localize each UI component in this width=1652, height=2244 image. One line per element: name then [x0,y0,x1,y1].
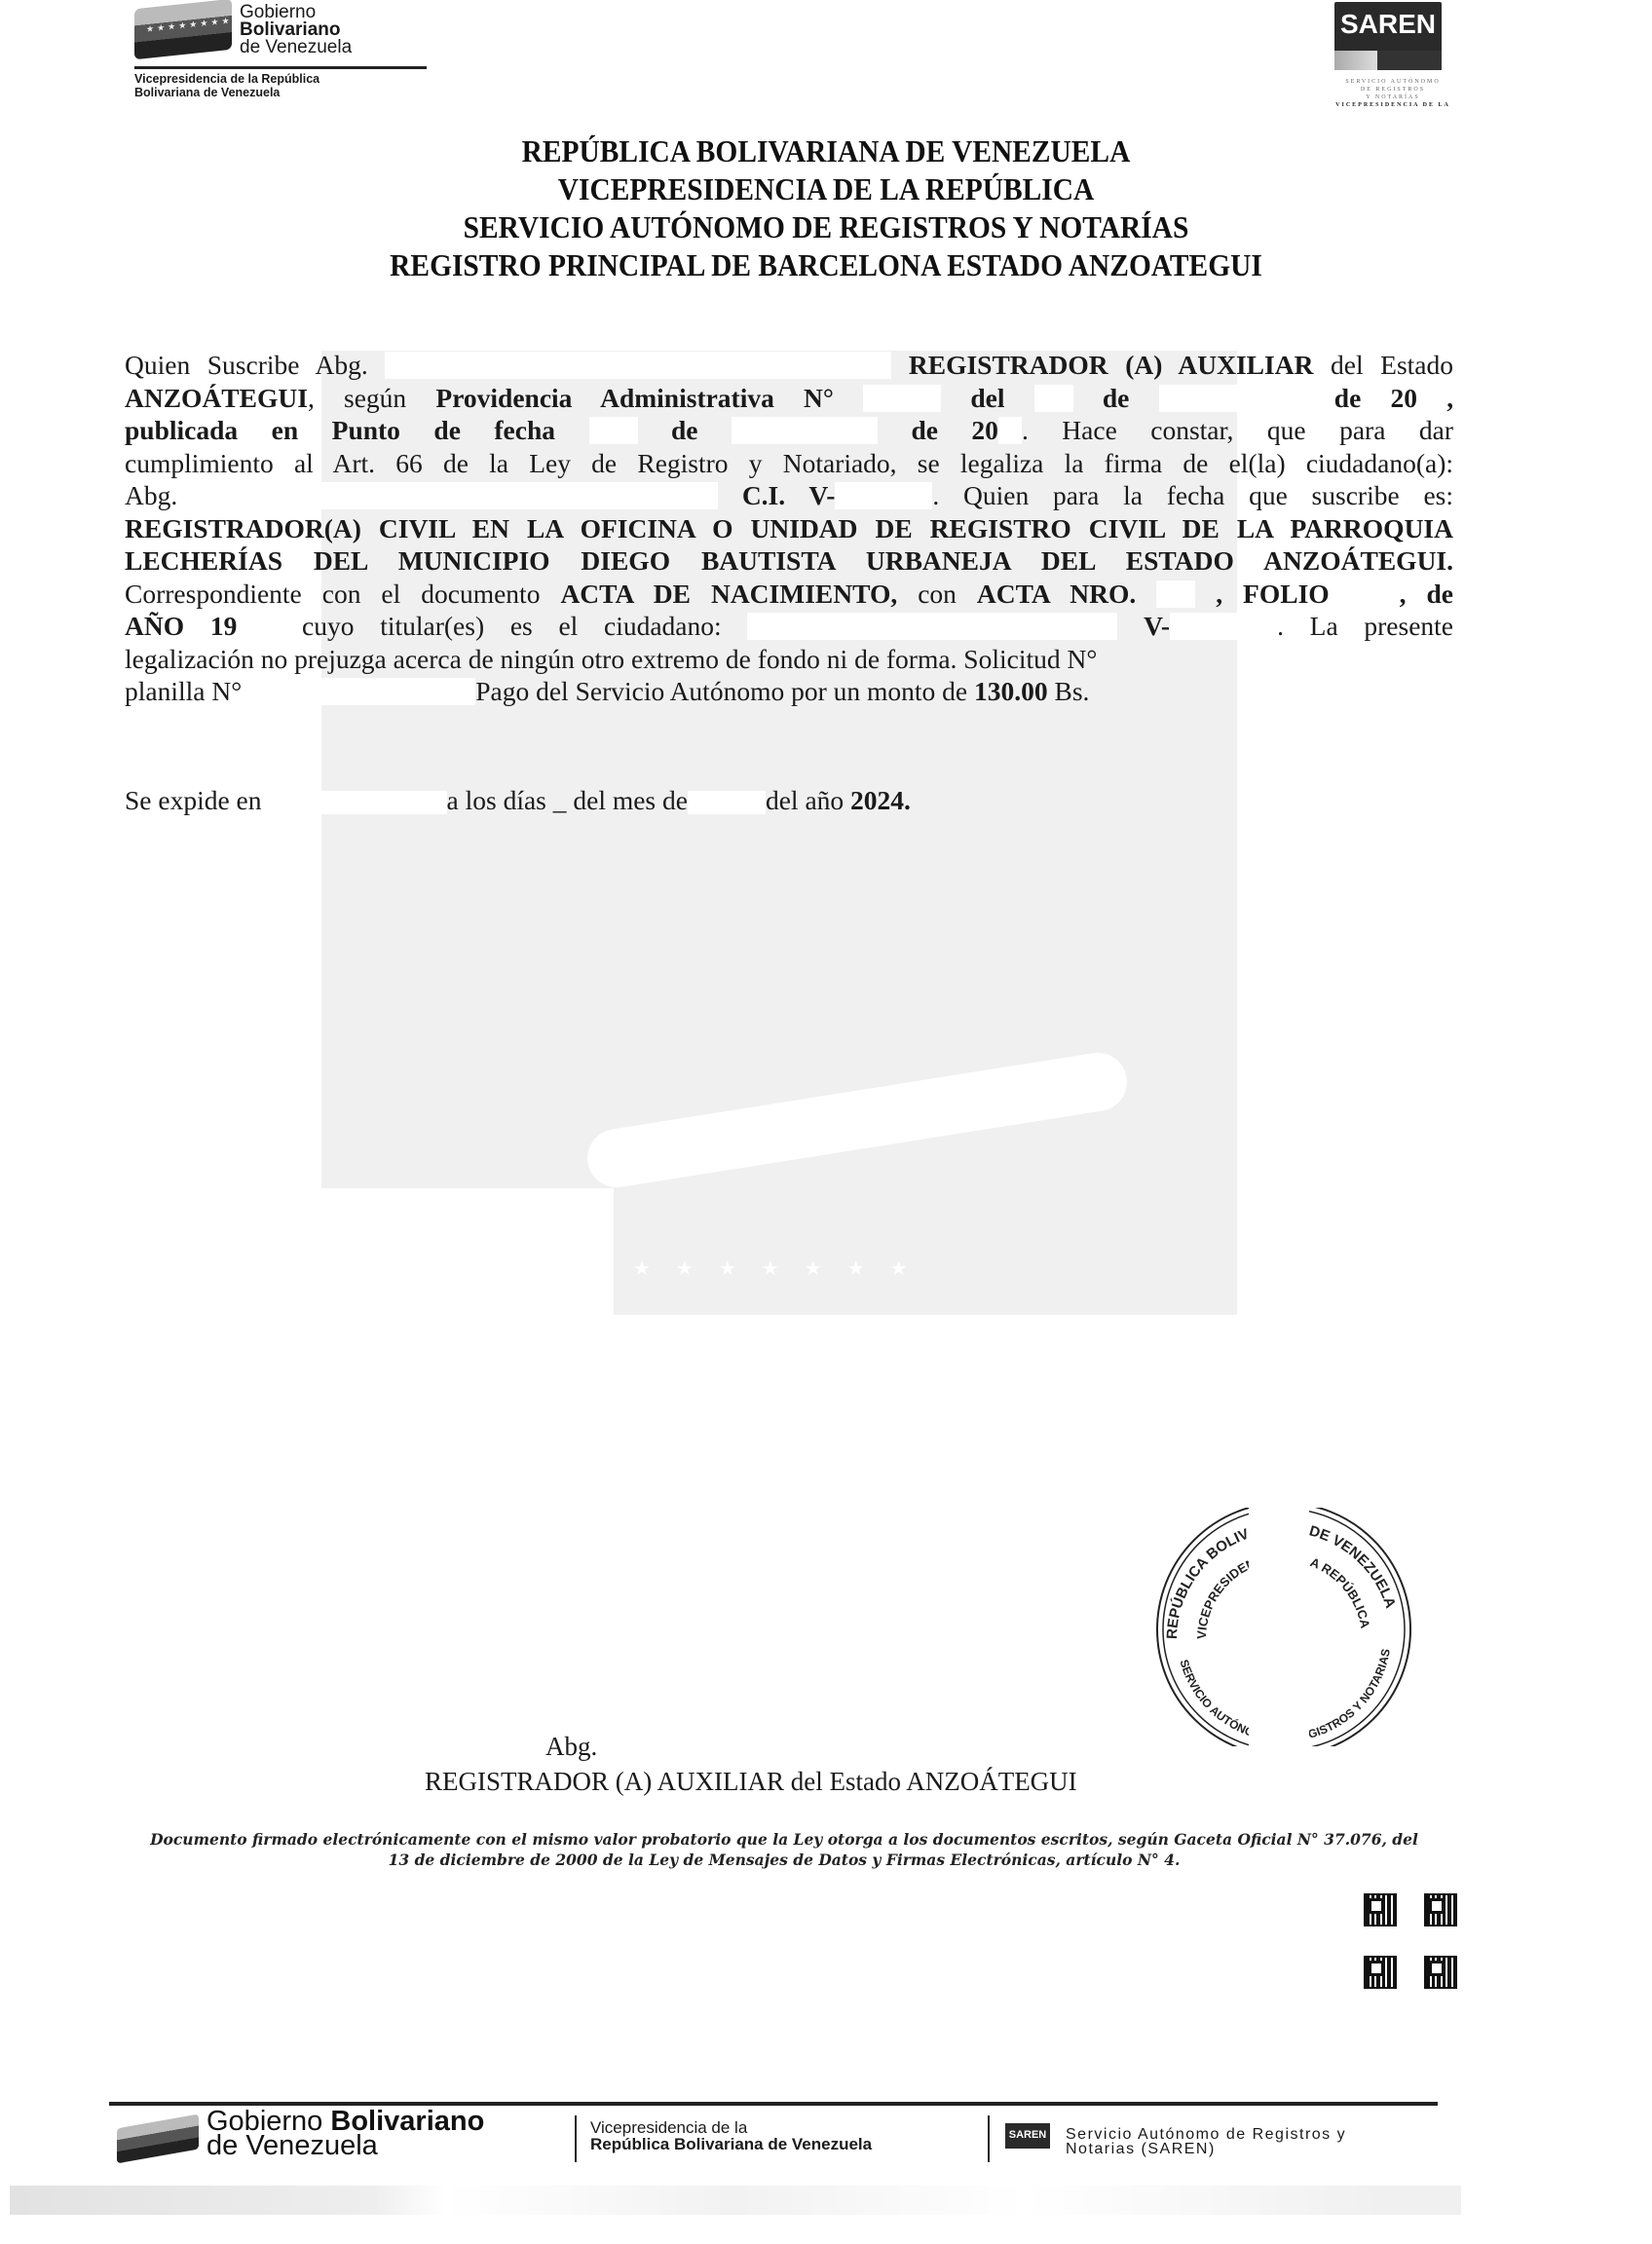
saren-logo-small-text: SERVICIO AUTÓNOMO DE REGISTROS Y NOTARÍA… [1334,78,1451,109]
text: Se expide en [125,785,262,815]
text: Punto de fecha [332,415,555,445]
text: LECHERÍAS DEL MUNICIPIO DIEGO BAUTISTA U… [125,545,1453,576]
text: a los días _ del mes de [447,785,688,815]
text: publicada en [125,415,298,445]
venezuela-flag-icon: ★★★★★★★★ [134,0,232,59]
venezuela-flag-icon [117,2114,199,2164]
footer-vicepresidency: Vicepresidencia de la República Bolivari… [590,2119,872,2152]
redacted-planilla [242,678,475,705]
text: Notarias (SAREN) [1066,2142,1346,2156]
text: con [918,579,957,609]
redacted-month [1159,385,1305,412]
amount-value: 130.00 [974,676,1048,706]
body-line-3: publicada en Punto de fecha de de 20. Ha… [125,414,1453,447]
text: ACTA DE NACIMIENTO, [560,579,897,609]
saren-small-1: SERVICIO AUTÓNOMO [1334,78,1451,86]
text: . Hace constar, que para dar [1022,415,1453,445]
text: de Venezuela [206,2134,484,2158]
redacted-month [732,417,878,444]
issued-year: 2024. [850,785,911,815]
body-line-5: Abg. C.I. V-. Quien para la fecha que su… [125,479,1453,512]
text: de [1103,383,1130,413]
text: . La presente [1277,611,1453,641]
body-line-8: Correspondiente con el documento ACTA DE… [125,578,1453,611]
redacted-name [202,482,718,509]
text: , FOLIO [1216,579,1329,609]
saren-logo: SAREN SERVICIO AUTÓNOMO DE REGISTROS Y N… [1334,2,1451,133]
body-line-6: REGISTRADOR(A) CIVIL EN LA OFICINA O UNI… [125,512,1453,545]
text: cuyo titular(es) es el ciudadano: [302,611,722,641]
saren-small-2: DE REGISTROS [1334,86,1451,93]
redacted-month [688,791,766,814]
title-line-3: SERVICIO AUTÓNOMO DE REGISTROS Y NOTARÍA… [66,208,1586,246]
legalization-body: Quien Suscribe Abg. REGISTRADOR (A) AUXI… [125,349,1453,708]
footer-gov-text: Gobierno Bolivariano de Venezuela [206,2110,484,2158]
title-line-2: VICEPRESIDENCIA DE LA REPÚBLICA [66,170,1586,208]
document-title: REPÚBLICA BOLIVARIANA DE VENEZUELA VICEP… [0,132,1652,284]
text: REGISTRADOR(A) CIVIL EN LA OFICINA O UNI… [125,513,1453,543]
text: Providencia Administrativa N° [435,383,834,413]
qr-code-icon [1364,1956,1397,1989]
gov-logo-rule [134,66,427,69]
text: , de [1400,579,1453,609]
text: ANZOÁTEGUI [125,383,308,413]
text: REGISTRADOR (A) AUXILIAR [909,350,1314,380]
text: Pago del Servicio Autónomo por un monto … [475,676,967,706]
saren-small-4: VICEPRESIDENCIA DE LA [1334,101,1451,109]
text: . Quien para la fecha que suscribe es: [932,480,1453,510]
body-line-11: planilla N°Pago del Servicio Autónomo po… [125,675,1453,708]
qr-codes [1364,1893,1461,1991]
electronic-signature-notice: Documento firmado electrónicamente con e… [107,1829,1461,1870]
saren-logo-label: SAREN [1334,2,1442,55]
title-line-1: REPÚBLICA BOLIVARIANA DE VENEZUELA [66,132,1586,170]
gov-logo-line3: de Venezuela [240,39,352,56]
text: Quien Suscribe Abg. [125,350,368,380]
qr-code-icon [1364,1893,1397,1926]
redacted-acta [1156,580,1195,608]
text: , [1446,383,1453,413]
text: planilla N° [125,676,242,706]
text: de 20 [1334,383,1417,413]
body-line-1: Quien Suscribe Abg. REGISTRADOR (A) AUXI… [125,349,1453,382]
text: ACTA NRO. [977,579,1136,609]
watermark-stars-icon: ★★★★★★★ [633,1256,933,1280]
redacted-place [262,791,447,814]
text: del año [766,785,844,815]
text: de [671,415,698,445]
text: , según [308,383,406,413]
text: Servicio Autónomo de Registros y [1066,2127,1346,2142]
redacted-folio [1350,580,1379,608]
redacted-holder-name [747,613,1117,640]
footer-separator [988,2115,990,2162]
text: V- [1144,611,1170,641]
legal-line-1: Documento firmado electrónicamente con e… [107,1829,1461,1850]
redacted-year [998,417,1022,444]
issued-line: Se expide ena los días _ del mes dedel a… [125,785,911,816]
redacted-ci [835,482,932,509]
redacted-number [863,385,941,412]
qr-code-icon [1424,1956,1457,1989]
body-line-10: legalización no prejuzga acerca de ningú… [125,643,1453,676]
saren-small-3: Y NOTARÍAS [1334,93,1451,101]
footer-saren-logo-icon: SAREN [1005,2123,1050,2149]
gov-sub-line1: Vicepresidencia de la República [134,72,319,86]
body-line-4: cumplimiento al Art. 66 de la Ley de Reg… [125,447,1453,480]
body-line-9: AÑO 19 cuyo titular(es) es el ciudadano:… [125,610,1453,643]
government-logo-text: Gobierno Bolivariano de Venezuela [240,4,352,56]
redacted-name [385,352,891,379]
qr-code-icon [1424,1893,1457,1926]
redacted-year [237,613,276,640]
body-line-7: LECHERÍAS DEL MUNICIPIO DIEGO BAUTISTA U… [125,544,1453,578]
text: Abg. [125,480,177,510]
government-logo: ★★★★★★★★ Gobierno Bolivariano de Venezue… [134,4,427,101]
gov-logo-subtitle: Vicepresidencia de la República Bolivari… [134,72,319,99]
legal-line-2: 13 de diciembre de 2000 de la Ley de Men… [107,1850,1461,1870]
redacted-day [589,417,638,444]
text: AÑO 19 [125,611,237,641]
text: Vicepresidencia de la [590,2119,872,2136]
footer-separator [575,2115,577,2162]
signature-abg: Abg. [545,1729,597,1764]
official-seal-icon: REPÚBLICA BOLIVARIANA DE VENEZUELA VICEP… [1138,1508,1430,1746]
currency: Bs. [1054,676,1089,706]
text: de 20 [911,415,997,445]
text: República Bolivariana de Venezuela [590,2136,872,2152]
watermark-notch [321,1188,614,1315]
signature-role: REGISTRADOR (A) AUXILIAR del Estado ANZO… [425,1764,1077,1799]
text: del [970,383,1004,413]
gov-sub-line2: Bolivariana de Venezuela [134,86,319,99]
saren-logo-band [1334,51,1442,70]
body-line-2: ANZOÁTEGUI, según Providencia Administra… [125,382,1453,415]
redacted-holder-ci [1170,613,1277,640]
title-line-4: REGISTRO PRINCIPAL DE BARCELONA ESTADO A… [66,246,1586,284]
redacted-day [1034,385,1073,412]
text: Correspondiente con el documento [125,579,540,609]
text: del Estado [1331,350,1453,380]
text: C.I. V- [742,480,836,510]
footer-saren-text: Servicio Autónomo de Registros y Notaria… [1066,2127,1346,2156]
text: legalización no prejuzga acerca de ningú… [125,644,1097,674]
scan-artifact [10,2186,1461,2215]
